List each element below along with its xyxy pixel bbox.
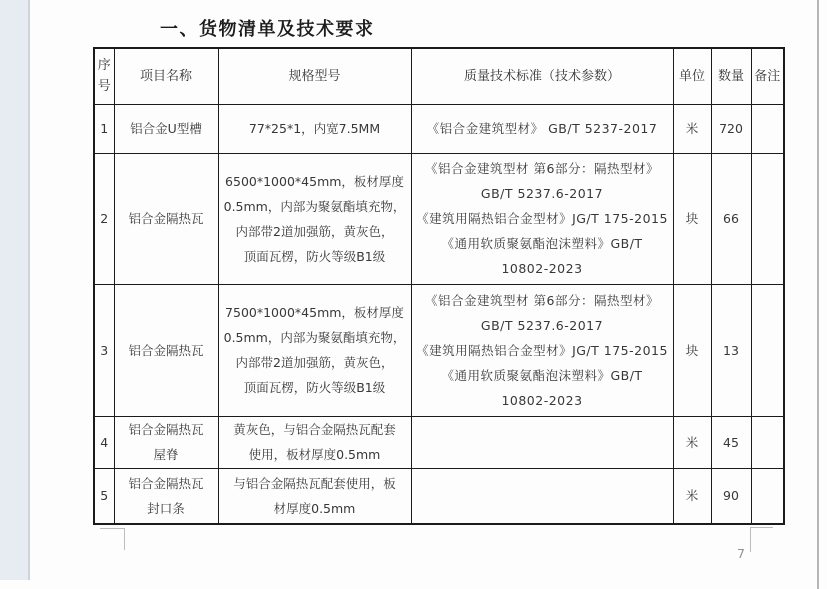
cell-qty: 13 [711, 284, 751, 416]
page-number: 7 [737, 546, 745, 561]
page-edge-shadow [817, 0, 819, 589]
cell-qty: 66 [711, 153, 751, 284]
cell-remark [751, 153, 784, 284]
app-background-strip [0, 0, 30, 580]
cell-name: 铝合金隔热瓦 屋脊 [114, 416, 218, 468]
cell-name: 铝合金隔热瓦 封口条 [114, 468, 218, 524]
cell-remark [751, 284, 784, 416]
cell-unit: 块 [673, 153, 711, 284]
cell-remark [751, 416, 784, 468]
cell-standard [411, 468, 673, 524]
cell-no: 4 [94, 416, 114, 468]
table-row: 1 铝合金U型槽 77*25*1，内宽7.5MM 《铝合金建筑型材》 GB/T … [94, 104, 784, 153]
text-boundary-corner-mark-left [100, 528, 125, 550]
cell-qty: 45 [711, 416, 751, 468]
cell-no: 3 [94, 284, 114, 416]
col-header-no: 序号 [94, 48, 114, 104]
table-row: 5 铝合金隔热瓦 封口条 与铝合金隔热瓦配套使用，板 材厚度0.5mm 米 90 [94, 468, 784, 524]
cell-spec: 6500*1000*45mm，板材厚度 0.5mm，内部为聚氨酯填充物， 内部带… [218, 153, 411, 284]
cell-spec: 黄灰色，与铝合金隔热瓦配套 使用，板材厚度0.5mm [218, 416, 411, 468]
cell-standard: 《铝合金建筑型材 第6部分：隔热型材》 GB/T 5237.6-2017 《建筑… [411, 153, 673, 284]
col-header-qty: 数量 [711, 48, 751, 104]
cell-standard: 《铝合金建筑型材 第6部分：隔热型材》 GB/T 5237.6-2017 《建筑… [411, 284, 673, 416]
cell-name: 铝合金隔热瓦 [114, 153, 218, 284]
col-header-remark: 备注 [751, 48, 784, 104]
cell-unit: 米 [673, 468, 711, 524]
table-row: 3 铝合金隔热瓦 7500*1000*45mm，板材厚度 0.5mm，内部为聚氨… [94, 284, 784, 416]
cell-spec: 与铝合金隔热瓦配套使用，板 材厚度0.5mm [218, 468, 411, 524]
cell-no: 5 [94, 468, 114, 524]
cell-unit: 米 [673, 416, 711, 468]
cell-unit: 块 [673, 284, 711, 416]
page-title: 一、货物清单及技术要求 [160, 15, 375, 41]
table-row: 4 铝合金隔热瓦 屋脊 黄灰色，与铝合金隔热瓦配套 使用，板材厚度0.5mm 米… [94, 416, 784, 468]
col-header-unit: 单位 [673, 48, 711, 104]
cell-spec: 77*25*1，内宽7.5MM [218, 104, 411, 153]
goods-table: 序号 项目名称 规格型号 质量技术标准（技术参数） 单位 数量 备注 1 铝合金… [93, 47, 785, 525]
col-header-name: 项目名称 [114, 48, 218, 104]
cell-qty: 90 [711, 468, 751, 524]
cell-remark [751, 468, 784, 524]
table-row: 2 铝合金隔热瓦 6500*1000*45mm，板材厚度 0.5mm，内部为聚氨… [94, 153, 784, 284]
cell-name: 铝合金隔热瓦 [114, 284, 218, 416]
cell-spec: 7500*1000*45mm，板材厚度 0.5mm，内部为聚氨酯填充物， 内部带… [218, 284, 411, 416]
cell-qty: 720 [711, 104, 751, 153]
table-header-row: 序号 项目名称 规格型号 质量技术标准（技术参数） 单位 数量 备注 [94, 48, 784, 104]
document-page: 一、货物清单及技术要求 序号 项目名称 规格型号 质量技术标准（技术参数） 单位… [0, 0, 827, 589]
cell-no: 1 [94, 104, 114, 153]
text-boundary-corner-mark-right [750, 527, 773, 552]
cell-no: 2 [94, 153, 114, 284]
cell-standard: 《铝合金建筑型材》 GB/T 5237-2017 [411, 104, 673, 153]
cell-standard [411, 416, 673, 468]
cell-unit: 米 [673, 104, 711, 153]
col-header-spec: 规格型号 [218, 48, 411, 104]
cell-name: 铝合金U型槽 [114, 104, 218, 153]
cell-remark [751, 104, 784, 153]
col-header-standard: 质量技术标准（技术参数） [411, 48, 673, 104]
